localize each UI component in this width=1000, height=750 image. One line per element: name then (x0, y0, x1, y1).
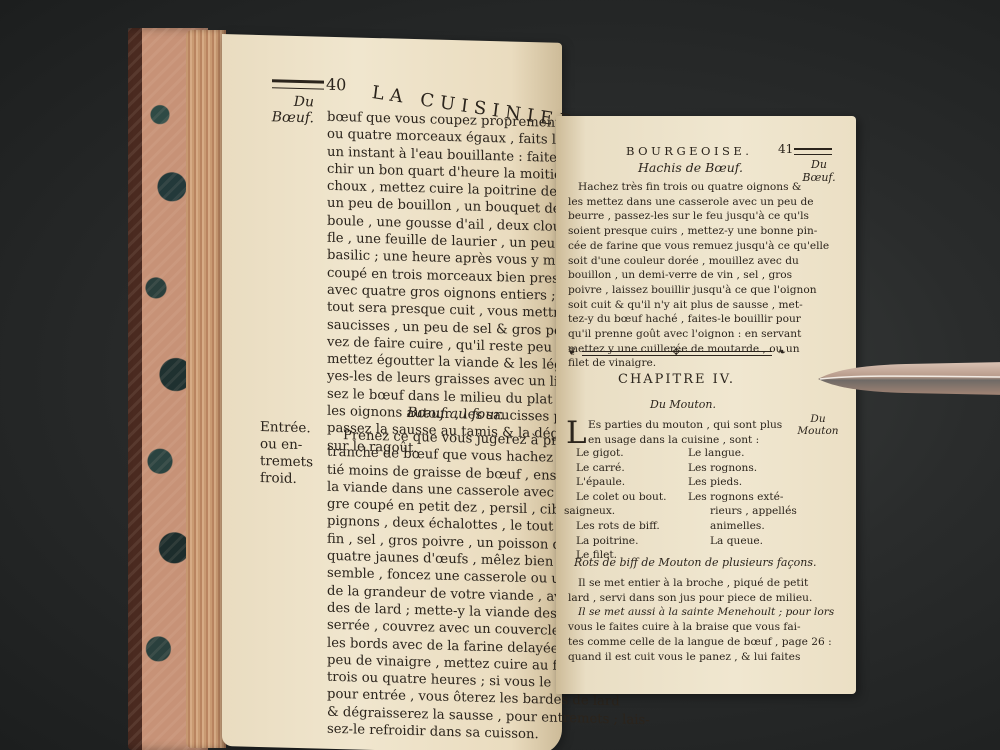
chapter-title: CHAPITRE IV. (618, 372, 735, 387)
ornament-center-icon: ✥ (672, 347, 680, 358)
text-line: filet de vinaigre. (568, 356, 829, 371)
text-line: lard , servi dans son jus pour piece de … (568, 591, 834, 606)
photo-scene: 40 LA CUISINIERE Du Bœuf. bœuf que vous … (0, 0, 1000, 750)
section-ornament: ❦ ✥ ❧ (568, 348, 786, 358)
text-line: Il se met aussi à la sainte Menehoult ; … (568, 605, 834, 620)
page-number-left: 40 (326, 75, 346, 95)
list-item: Le carré. (576, 461, 666, 476)
list-item: Les rots de biff. (576, 519, 666, 534)
mouton-parts-left: Le gigot. Le carré. L'épaule. Le colet o… (576, 446, 666, 563)
list-item: Les pieds. (688, 475, 797, 490)
margin-note-mouton: Du Mouton (794, 413, 842, 437)
text-line: soit cuit & qu'il n'y ait plus de sausse… (568, 298, 829, 313)
text-line: tes comme celle de la langue de bœuf , p… (568, 635, 834, 650)
mouton-parts-right: Le langue. Les rognons. Les pieds. Les r… (688, 446, 797, 548)
mouton-intro: Es parties du mouton , qui sont plus en … (588, 418, 782, 447)
ornament-right-icon: ❧ (778, 347, 786, 358)
right-page: BOURGEOISE. 41 Du Bœuf. Hachis de Bœuf. … (556, 116, 856, 694)
list-item: rieurs , appellés (688, 504, 797, 519)
header-rule-right (794, 148, 832, 155)
list-item: Le colet ou bout. (576, 490, 666, 505)
list-item: Les rognons exté- (688, 490, 797, 505)
ornament-left-icon: ❦ (568, 347, 576, 358)
text-line: bouillon , un demi-verre de vin , sel , … (568, 268, 829, 283)
drop-cap: L (566, 418, 587, 449)
page-number-right: 41 (778, 142, 793, 156)
list-item: animelles. (688, 519, 797, 534)
text-line: soient presque cuirs , mettez-y une bonn… (568, 224, 829, 239)
text-line: cée de farine que vous remuez jusqu'à ce… (568, 239, 829, 254)
page-block-edge (186, 30, 226, 748)
right-body-rots: Il se met entier à la broche , piqué de … (568, 576, 834, 664)
list-item: Le gigot. (576, 446, 666, 461)
list-item: Les rognons. (688, 461, 797, 476)
list-item: Le langue. (688, 446, 797, 461)
left-page: 40 LA CUISINIERE Du Bœuf. bœuf que vous … (222, 34, 562, 750)
text-line: qu'il prenne goût avec l'oignon : en ser… (568, 327, 829, 342)
knife-blade-icon (816, 359, 1000, 397)
text-line: les mettez dans une casserole avec un pe… (568, 195, 829, 210)
text-line: poivre , laissez bouillir jusqu'à ce que… (568, 283, 829, 298)
right-body-hachis: Hachez très fin trois ou quatre oignons … (568, 180, 829, 371)
margin-note-left: Du Bœuf. (262, 93, 314, 126)
subheading-rots-de-biff: Rots de biff de Mouton de plusieurs faço… (574, 556, 817, 569)
text-line: Il se met entier à la broche , piqué de … (568, 576, 834, 591)
header-rule-left (272, 79, 324, 89)
text-line: tez-y du bœuf haché , faites-le bouillir… (568, 312, 829, 327)
text-line: vous le faites cuire à la braise que vou… (568, 620, 834, 635)
margin-note-entree: Entrée. ou en- tremets froid. (260, 419, 320, 489)
running-head-right: BOURGEOISE. (626, 144, 752, 158)
list-item: L'épaule. (576, 475, 666, 490)
text-line: Hachez très fin trois ou quatre oignons … (568, 180, 829, 195)
chapter-subtitle: Du Mouton. (650, 398, 716, 411)
text-line: quand il est cuit vous le panez , & lui … (568, 650, 834, 665)
list-item: La queue. (688, 534, 797, 549)
subheading-hachis: Hachis de Bœuf. (638, 160, 743, 175)
subheading-boeuf-au-four: Bœuf au four. (407, 405, 504, 424)
text-line: beurre , passez-les sur le feu jusqu'à c… (568, 209, 829, 224)
list-item: La poitrine. (576, 534, 666, 549)
text-line: Es parties du mouton , qui sont plus (588, 418, 782, 433)
text-line: soit d'une couleur dorée , mouillez avec… (568, 254, 829, 269)
list-item: saigneux. (564, 504, 666, 519)
